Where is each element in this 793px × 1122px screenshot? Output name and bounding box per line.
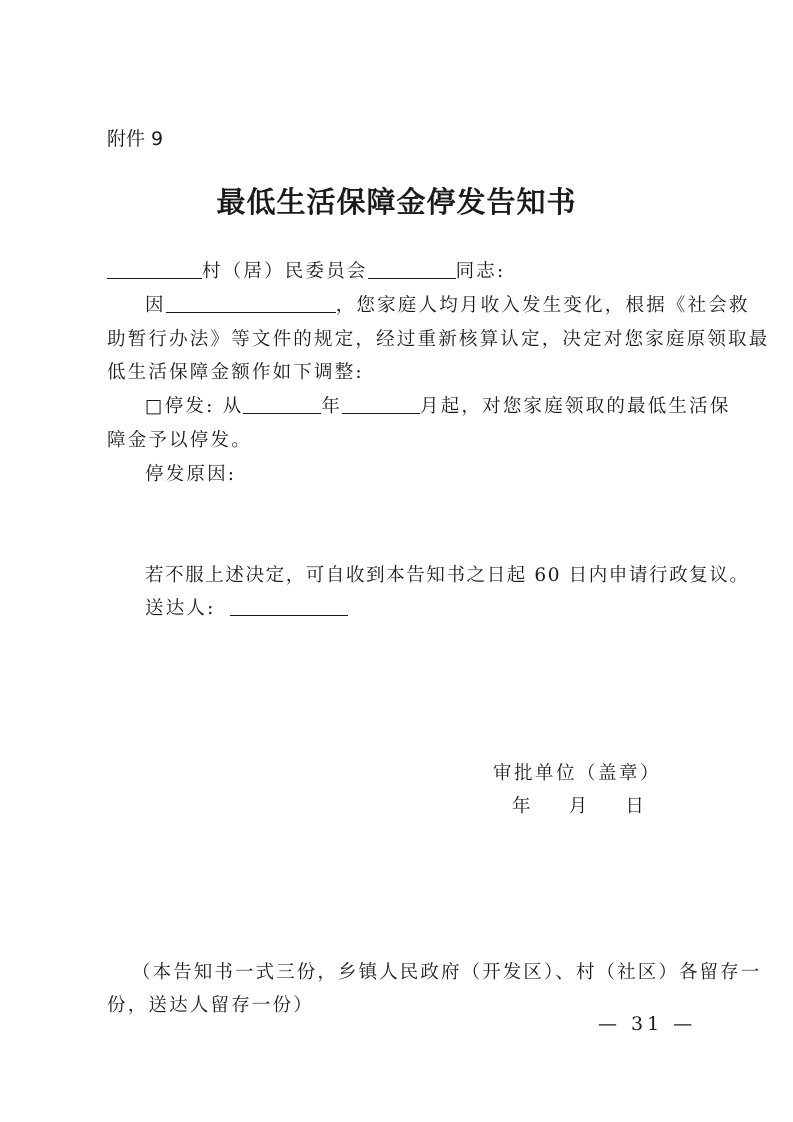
paragraph1-line1: 因，您家庭人均月收入发生变化，根据《社会救 [145, 291, 750, 317]
stop-checkbox[interactable]: □ [145, 396, 165, 417]
month-suffix: 月起，对您家庭领取的最低生活保 [420, 396, 731, 417]
village-name-blank[interactable] [107, 260, 202, 279]
deliverer-line: 送达人: [145, 594, 348, 620]
comrade-suffix: 同志: [456, 261, 506, 282]
year-label: 年 [321, 396, 342, 417]
because-prefix: 因 [145, 295, 166, 316]
attachment-label: 附件 9 [107, 124, 163, 151]
footnote-line2: 份，送达人留存一份） [107, 991, 314, 1017]
stop-label: 停发: 从 [165, 396, 244, 417]
date-line: 年月日 [512, 792, 646, 818]
stop-option-line1: □停发: 从年月起，对您家庭领取的最低生活保 [145, 392, 731, 418]
deliverer-label: 送达人: [145, 598, 216, 619]
footnote-line1: （本告知书一式三份，乡镇人民政府（开发区）、村（社区）各留存一 [132, 958, 761, 984]
recipient-name-blank[interactable] [368, 260, 456, 279]
date-month: 月 [569, 796, 590, 817]
reason-blank[interactable] [166, 294, 336, 313]
date-year: 年 [512, 796, 533, 817]
appeal-notice: 若不服上述决定，可自收到本告知书之日起 60 日内申请行政复议。 [145, 561, 750, 587]
paragraph1-line1-text: ，您家庭人均月收入发生变化，根据《社会救 [336, 295, 750, 316]
approval-unit: 审批单位（盖章） [493, 759, 661, 785]
page-number: — 31 — [598, 1013, 696, 1035]
paragraph1-line2: 助暂行办法》等文件的规定，经过重新核算认定，决定对您家庭原领取最 [107, 325, 769, 351]
date-day: 日 [625, 796, 646, 817]
document-title: 最低生活保障金停发告知书 [0, 180, 793, 221]
salutation-line: 村（居）民委员会同志: [107, 257, 505, 283]
village-suffix: 村（居）民委员会 [202, 261, 368, 282]
year-blank[interactable] [243, 395, 321, 414]
stop-reason-label: 停发原因: [145, 460, 236, 486]
deliverer-blank[interactable] [230, 597, 348, 616]
stop-option-line2: 障金予以停发。 [107, 426, 252, 452]
month-blank[interactable] [342, 395, 420, 414]
paragraph1-line3: 低生活保障金额作如下调整: [107, 358, 364, 384]
